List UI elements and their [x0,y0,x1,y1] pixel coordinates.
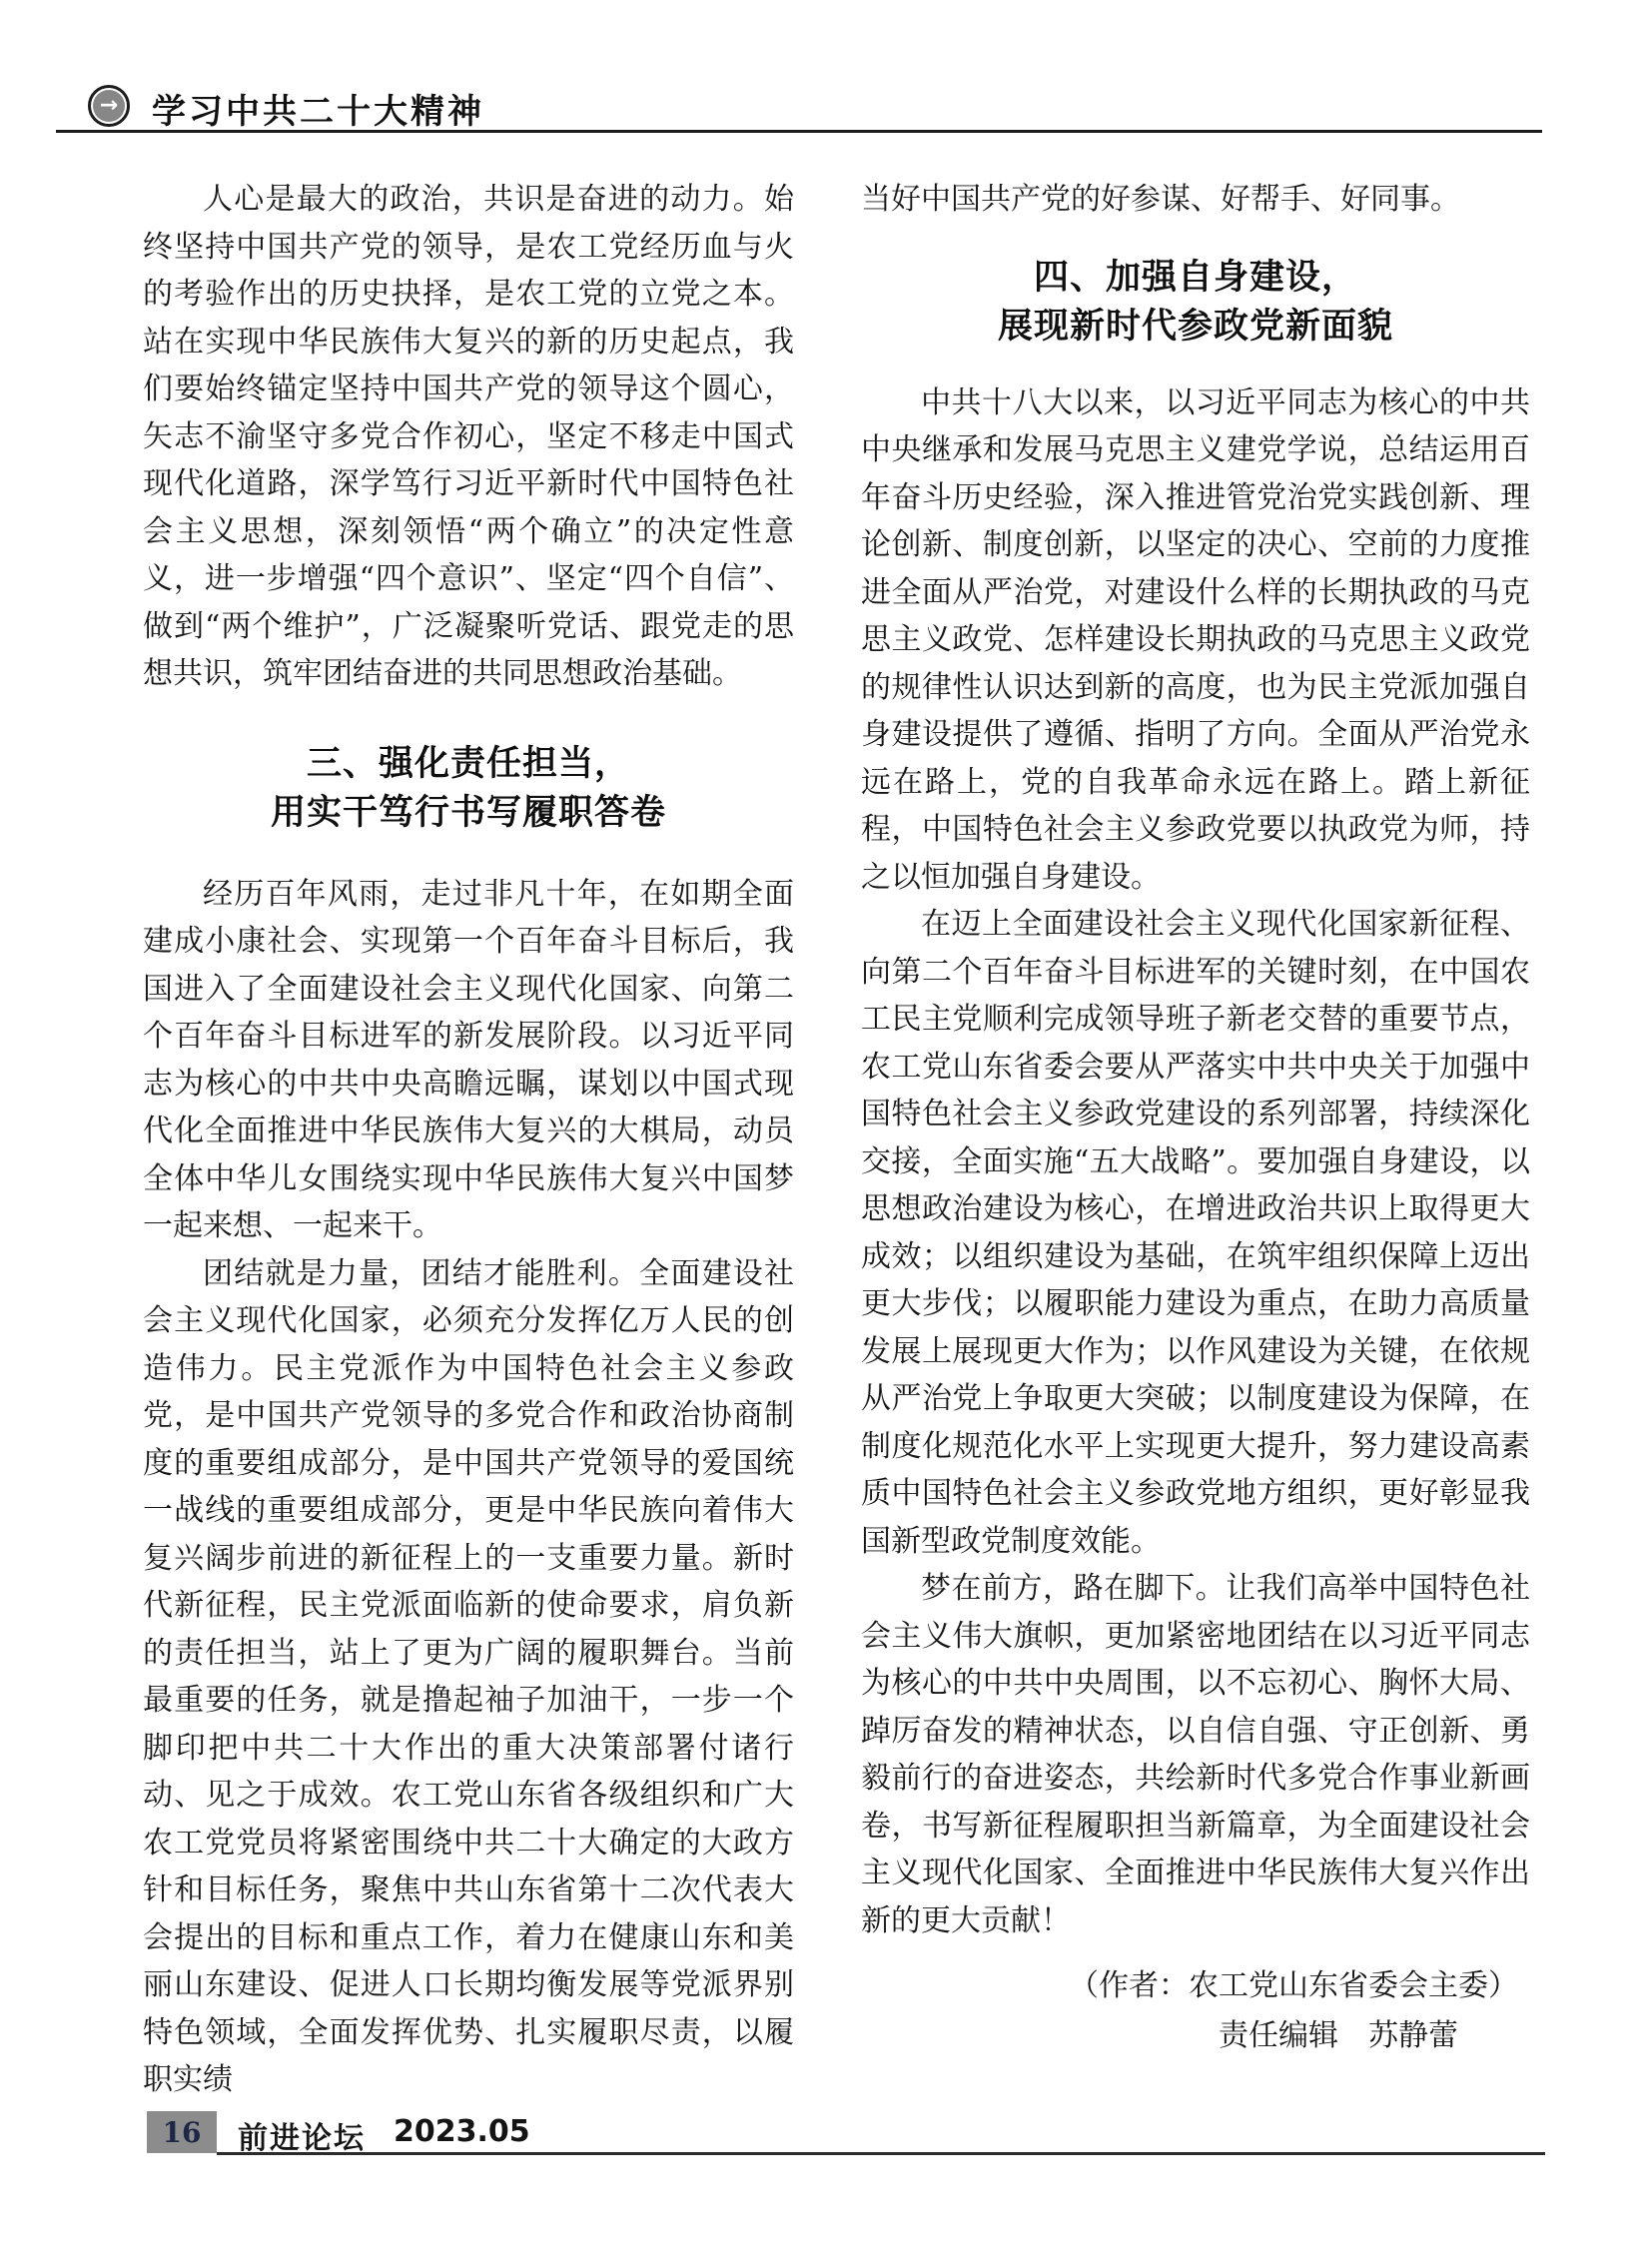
section-heading-4-line1: 四、加强自身建设， [861,253,1530,302]
magazine-page: → 学习中共二十大精神 人心是最大的政治，共识是奋进的动力。始终坚持中国共产党的… [0,0,1652,2241]
editor-line: 责任编辑 苏静蕾 [861,2012,1530,2060]
column-header-title: 学习中共二十大精神 [152,84,484,133]
paragraph: 中共十八大以来，以习近平同志为核心的中共中央继承和发展马克思主义建党学说，总结运… [861,379,1530,902]
right-column: 当好中国共产党的好参谋、好帮手、好同事。 四、加强自身建设， 展现新时代参政党新… [861,176,1530,2059]
header-divider [56,130,1542,133]
paragraph: 在迈上全面建设社会主义现代化国家新征程、向第二个百年奋斗目标进军的关键时刻，在中… [861,901,1530,1565]
issue-number: 2023.05 [394,2114,530,2149]
journal-name: 前进论坛 [238,2113,366,2157]
paragraph: 人心是最大的政治，共识是奋进的动力。始终坚持中国共产党的领导，是农工党经历血与火… [143,176,794,698]
page-number: 16 [163,2116,202,2149]
section-heading-3: 三、强化责任担当， 用实干笃行书写履职答卷 [143,739,794,837]
paragraph: 团结就是力量，团结才能胜利。全面建设社会主义现代化国家，必须充分发挥亿万人民的创… [143,1250,794,2104]
section-heading-4: 四、加强自身建设， 展现新时代参政党新面貌 [861,253,1530,351]
arrow-right-glyph: → [93,90,125,122]
arrow-right-circle-icon: → [88,85,130,127]
footer-divider [217,2152,1545,2155]
section-heading-3-line2: 用实干笃行书写履职答卷 [143,788,794,837]
section-heading-3-line1: 三、强化责任担当， [143,739,794,788]
page-number-box: 16 [147,2111,217,2153]
paragraph: 经历百年风雨，走过非凡十年，在如期全面建成小康社会、实现第一个百年奋斗目标后，我… [143,871,794,1250]
section-heading-4-line2: 展现新时代参政党新面貌 [861,302,1530,351]
left-column: 人心是最大的政治，共识是奋进的动力。始终坚持中国共产党的领导，是农工党经历血与火… [143,176,794,2104]
paragraph: 梦在前方，路在脚下。让我们高举中国特色社会主义伟大旗帜，更加紧密地团结在以习近平… [861,1565,1530,1944]
paragraph-continuation: 当好中国共产党的好参谋、好帮手、好同事。 [861,176,1530,224]
author-line: （作者：农工党山东省委会主委） [861,1962,1530,2010]
